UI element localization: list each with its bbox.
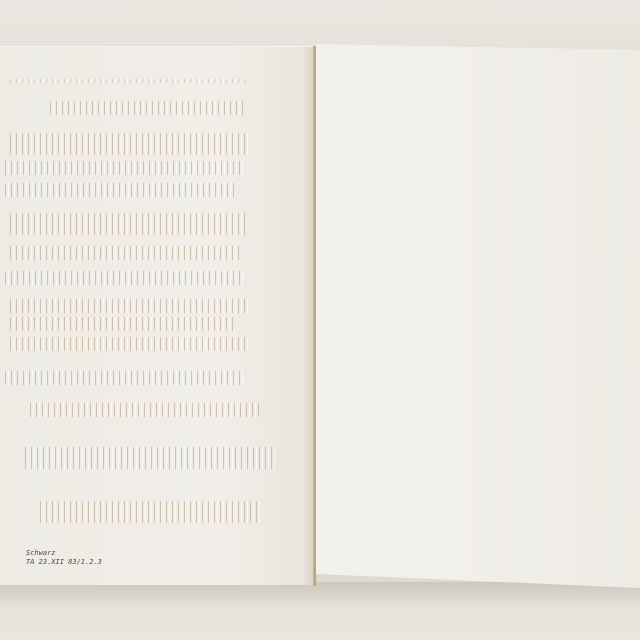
mark-row	[10, 213, 245, 235]
right-page	[316, 44, 640, 588]
mark-row	[40, 501, 260, 523]
left-page: Schwarz TA 23.XII 83/1.2.3	[0, 46, 315, 585]
mark-row	[50, 101, 245, 115]
mark-row	[10, 246, 240, 260]
inscription-date: TA 23.XII 83/1.2.3	[26, 558, 102, 567]
mark-row	[5, 271, 245, 285]
mark-row	[10, 79, 245, 83]
mark-row	[10, 337, 250, 351]
mark-row	[5, 161, 245, 175]
incised-marks	[0, 47, 315, 587]
mark-row	[5, 183, 235, 197]
mark-row	[10, 317, 235, 331]
inscription-signature: Schwarz	[26, 549, 102, 558]
mark-row	[10, 133, 250, 155]
mark-row	[30, 403, 260, 417]
mark-row	[10, 299, 250, 313]
mark-row	[5, 371, 245, 385]
mark-row	[25, 447, 275, 469]
inscription: Schwarz TA 23.XII 83/1.2.3	[26, 549, 102, 567]
